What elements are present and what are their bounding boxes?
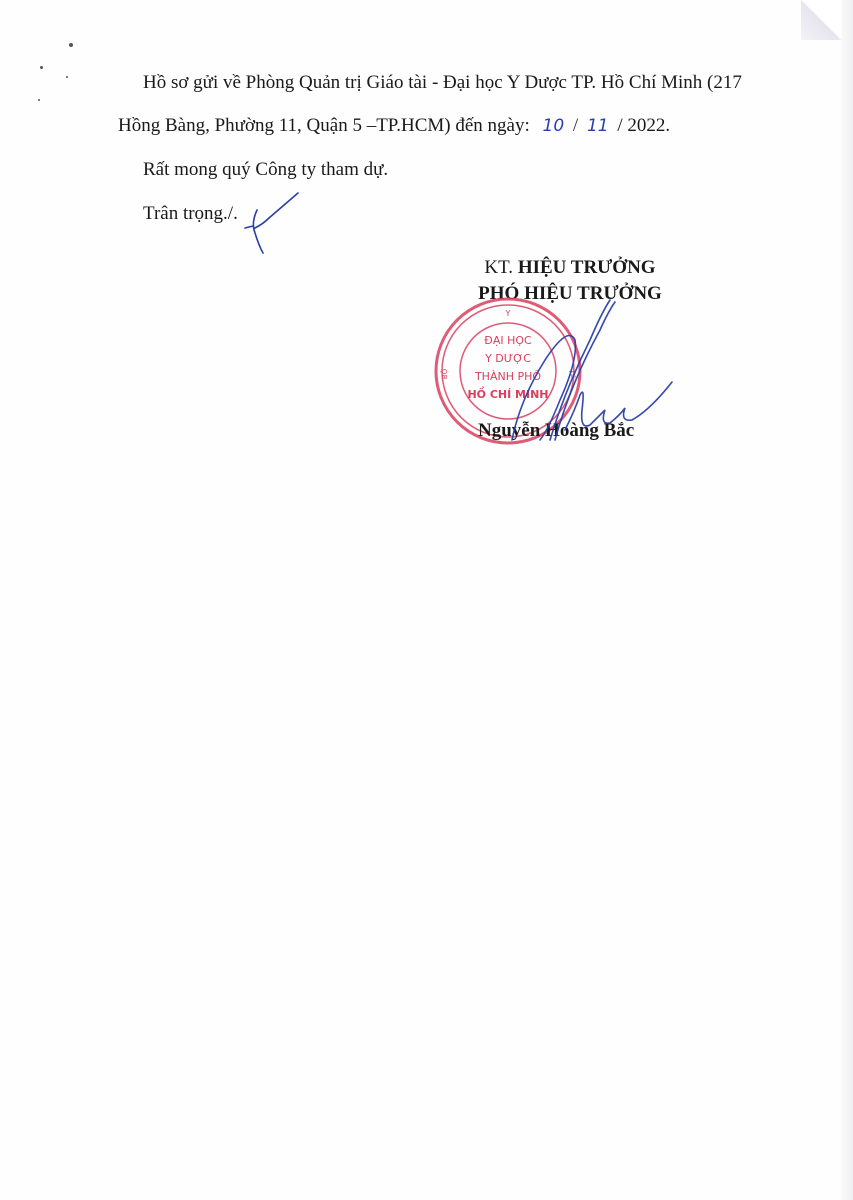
folded-corner	[801, 0, 841, 40]
document-page: Hồ sơ gửi về Phòng Quản trị Giáo tài - Đ…	[0, 0, 853, 1200]
closing-line: Rất mong quý Công ty tham dự.	[143, 159, 388, 181]
handwritten-month: 11	[587, 116, 609, 136]
scan-edge	[841, 0, 853, 1200]
regards-line: Trân trọng./.	[143, 203, 238, 225]
handwritten-signature-icon	[450, 290, 680, 450]
date-year: / 2022.	[617, 115, 670, 136]
paragraph-line-1: Hồ sơ gửi về Phòng Quản trị Giáo tài - Đ…	[143, 72, 742, 94]
address-text: Hồng Bàng, Phường 11, Quận 5 –TP.HCM) đế…	[118, 115, 530, 136]
paragraph-line-2: Hồng Bàng, Phường 11, Quận 5 –TP.HCM) đế…	[118, 115, 670, 137]
initials-signature-icon	[243, 188, 303, 258]
scan-speck	[40, 66, 43, 69]
svg-text:BỘ: BỘ	[440, 368, 449, 379]
date-separator: /	[573, 115, 578, 136]
handwritten-day: 10	[543, 116, 565, 136]
signature-title: KT. HIỆU TRƯỞNG	[440, 255, 700, 281]
scan-speck	[38, 99, 40, 101]
scan-speck	[69, 43, 73, 47]
scan-speck	[66, 76, 68, 78]
